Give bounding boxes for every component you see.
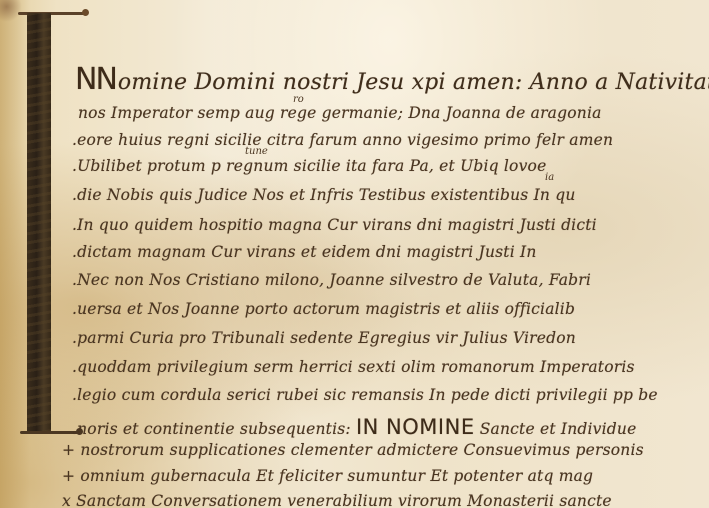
line-text: Sancte et Individue bbox=[475, 420, 637, 438]
line-text: + omnium gubernacula Et feliciter sumunt… bbox=[62, 467, 593, 485]
manuscript-line-1: NNomine Domini nostri Jesu xpi amen: Ann… bbox=[75, 62, 709, 97]
line-text: nos Imperator semp aug rege germanie; Dn… bbox=[78, 104, 602, 122]
line-text: .dictam magnam Cur virans et eidem dni m… bbox=[72, 243, 537, 261]
interlinear-note: ia bbox=[545, 172, 554, 183]
in-nomine-heading: IN NOMINE bbox=[356, 415, 475, 439]
line-text: .die Nobis quis Judice Nos et Infris Tes… bbox=[72, 186, 576, 204]
initial-serif-bottom bbox=[20, 431, 80, 434]
line-text: .legio cum cordula serici rubei sic rema… bbox=[72, 386, 658, 404]
manuscript-line-6: .In quo quidem hospitio magna Cur virans… bbox=[72, 216, 597, 234]
opening-NN: NN bbox=[75, 62, 116, 97]
manuscript-line-13: .noris et continentie subsequentis: IN N… bbox=[72, 415, 636, 439]
line-text: .quoddam privilegium serm herrici sexti … bbox=[72, 358, 635, 376]
manuscript-line-10: .parmi Curia pro Tribunali sedente Egreg… bbox=[72, 329, 576, 347]
line-text: .Ubilibet protum p regnum sicilie ita fa… bbox=[72, 157, 546, 175]
manuscript-line-16: x Sanctam Conversationem venerabilium vi… bbox=[62, 492, 612, 508]
parchment-document: NNomine Domini nostri Jesu xpi amen: Ann… bbox=[0, 0, 709, 508]
manuscript-line-5: .die Nobis quis Judice Nos et Infris Tes… bbox=[72, 186, 576, 204]
manuscript-line-2: nos Imperator semp aug rege germanie; Dn… bbox=[78, 104, 602, 122]
line-text: .Nec non Nos Cristiano milono, Joanne si… bbox=[72, 271, 591, 289]
line-text: + nostrorum supplicationes clementer adm… bbox=[62, 441, 644, 459]
corner-stain bbox=[0, 0, 22, 22]
line-text: omine Domini nostri Jesu xpi amen: Anno … bbox=[118, 70, 709, 95]
manuscript-line-8: .Nec non Nos Cristiano milono, Joanne si… bbox=[72, 271, 591, 289]
manuscript-line-7: .dictam magnam Cur virans et eidem dni m… bbox=[72, 243, 537, 261]
manuscript-line-11: .quoddam privilegium serm herrici sexti … bbox=[72, 358, 635, 376]
interlinear-note: tune bbox=[245, 146, 268, 157]
line-text: .noris et continentie subsequentis: bbox=[72, 420, 351, 438]
manuscript-line-14: + nostrorum supplicationes clementer adm… bbox=[62, 441, 644, 459]
line-text: .eore huius regni sicilie citra farum an… bbox=[72, 131, 613, 149]
initial-serif-top-dot bbox=[82, 9, 89, 16]
manuscript-line-3: .eore huius regni sicilie citra farum an… bbox=[72, 131, 613, 149]
line-text: x Sanctam Conversationem venerabilium vi… bbox=[62, 492, 612, 508]
line-text: .parmi Curia pro Tribunali sedente Egreg… bbox=[72, 329, 576, 347]
manuscript-line-9: .uersa et Nos Joanne porto actorum magis… bbox=[72, 300, 575, 318]
manuscript-line-12: .legio cum cordula serici rubei sic rema… bbox=[72, 386, 658, 404]
manuscript-line-4: .Ubilibet protum p regnum sicilie ita fa… bbox=[72, 157, 546, 175]
line-text: .uersa et Nos Joanne porto actorum magis… bbox=[72, 300, 575, 318]
decorative-initial-I bbox=[27, 13, 51, 433]
line-text: .In quo quidem hospitio magna Cur virans… bbox=[72, 216, 597, 234]
manuscript-line-15: + omnium gubernacula Et feliciter sumunt… bbox=[62, 467, 593, 485]
